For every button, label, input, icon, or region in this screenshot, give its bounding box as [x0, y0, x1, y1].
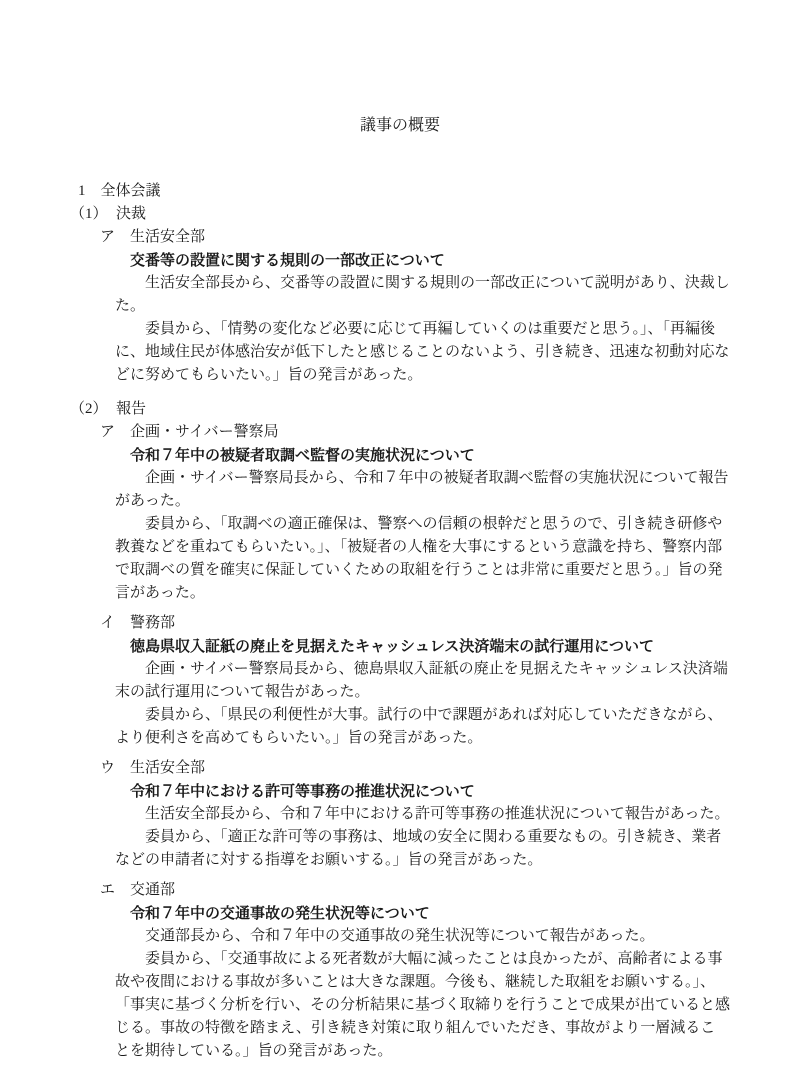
subsection-heading: （2）報告	[70, 398, 730, 421]
agenda-item-title: 令和７年中の被疑者取調べ監督の実施状況について	[130, 444, 730, 467]
agenda-item-title: 徳島県収入証紙の廃止を見据えたキャッシュレス決済端末の試行運用について	[130, 635, 730, 658]
agenda-item-paragraph: 委員から、「適正な許可等の事務は、地域の安全に関わる重要なもの。引き続き、業者な…	[115, 826, 730, 872]
agenda-item-department: イ 警務部	[100, 612, 730, 635]
agenda-item: ア 企画・サイバー警察局令和７年中の被疑者取調べ監督の実施状況について企画・サイ…	[115, 421, 730, 605]
agenda-item: イ 警務部徳島県収入証紙の廃止を見据えたキャッシュレス決済端末の試行運用について…	[115, 612, 730, 750]
agenda-item-department: ア 生活安全部	[100, 226, 730, 249]
page-title: 議事の概要	[0, 0, 800, 137]
agenda-item: ア 生活安全部交番等の設置に関する規則の一部改正について生活安全部長から、交番等…	[115, 226, 730, 387]
agenda-item-title: 令和７年中における許可等事務の推進状況について	[130, 780, 730, 803]
agenda-item-title: 令和７年中の交通事故の発生状況等について	[130, 902, 730, 925]
section-heading: 1 全体会議	[78, 180, 730, 203]
agenda-item-paragraph: 企画・サイバー警察局長から、徳島県収入証紙の廃止を見据えたキャッシュレス決済端末…	[115, 658, 730, 704]
agenda-item-department: ア 企画・サイバー警察局	[100, 421, 730, 444]
agenda-item-title: 交番等の設置に関する規則の一部改正について	[130, 249, 730, 272]
agenda-item-department: エ 交通部	[100, 879, 730, 902]
agenda-item-paragraph: 委員から、「取調べの適正確保は、警察への信頼の根幹だと思うので、引き続き研修や教…	[115, 513, 730, 605]
subsection: （2）報告ア 企画・サイバー警察局令和７年中の被疑者取調べ監督の実施状況について…	[115, 398, 730, 1063]
agenda-item-paragraph: 企画・サイバー警察局長から、令和７年中の被疑者取調べ監督の実施状況について報告が…	[115, 467, 730, 513]
document-page: 議事の概要 1 全体会議（1）決裁ア 生活安全部交番等の設置に関する規則の一部改…	[0, 0, 800, 1072]
agenda-item: エ 交通部令和７年中の交通事故の発生状況等について交通部長から、令和７年中の交通…	[115, 879, 730, 1063]
subsection-heading: （1）決裁	[70, 203, 730, 226]
subsection-number: （1）	[70, 203, 116, 226]
agenda-item-paragraph: 交通部長から、令和７年中の交通事故の発生状況等について報告があった。	[115, 925, 730, 948]
agenda-item-paragraph: 委員から、「交通事故による死者数が大幅に減ったことは良かったが、高齢者による事故…	[115, 948, 730, 1063]
agenda-item-paragraph: 生活安全部長から、令和７年中における許可等事務の推進状況について報告があった。	[115, 803, 730, 826]
subsection-number: （2）	[70, 398, 116, 421]
agenda-item-paragraph: 委員から、「県民の利便性が大事。試行の中で課題があれば対応していただきながら、よ…	[115, 704, 730, 750]
subsection: （1）決裁ア 生活安全部交番等の設置に関する規則の一部改正について生活安全部長か…	[115, 203, 730, 387]
agenda-item-paragraph: 委員から、「情勢の変化など必要に応じて再編していくのは重要だと思う。」、「再編後…	[115, 318, 730, 387]
agenda-item-department: ウ 生活安全部	[100, 757, 730, 780]
document-body: 1 全体会議（1）決裁ア 生活安全部交番等の設置に関する規則の一部改正について生…	[115, 180, 730, 1063]
agenda-item: ウ 生活安全部令和７年中における許可等事務の推進状況について生活安全部長から、令…	[115, 757, 730, 872]
agenda-item-paragraph: 生活安全部長から、交番等の設置に関する規則の一部改正について説明があり、決裁した…	[115, 272, 730, 318]
